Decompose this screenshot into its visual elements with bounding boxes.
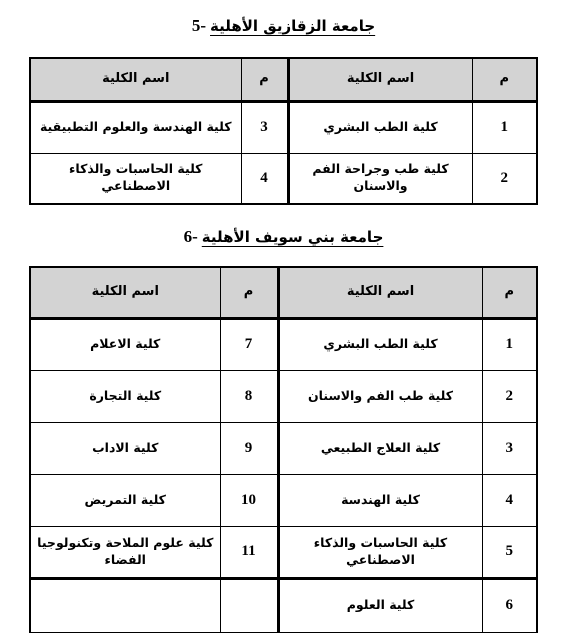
header-faculty-name-left: اسم الكلية (30, 267, 220, 318)
document-page: 5-جامعة الزقازيق الأهلية اسم الكلية م اس… (0, 0, 567, 633)
row-number-cell: 11 (220, 526, 278, 578)
faculty-name-cell: كلية الحاسبات والذكاء الاصطناعي (30, 153, 241, 204)
title-text: جامعة الزقازيق الأهلية (210, 17, 375, 35)
faculty-name-cell: كلية طب وجراحة الفم والاسنان (288, 153, 472, 204)
header-number-left: م (241, 58, 288, 101)
title-number: 6- (184, 227, 198, 246)
beni-suef-faculties-table: اسم الكلية م اسم الكلية م كلية الاعلام 7… (29, 266, 538, 633)
row-number-cell: 1 (482, 318, 537, 370)
row-number-cell: 4 (482, 474, 537, 526)
section-title-zagazig: 5-جامعة الزقازيق الأهلية (0, 14, 567, 38)
title-text: جامعة بني سويف الأهلية (202, 228, 384, 246)
table-row: كلية الحاسبات والذكاء الاصطناعي 4 كلية ط… (30, 153, 537, 204)
faculty-name-cell: كلية العلاج الطبيعي (278, 422, 482, 474)
table-row: كلية الاداب 9 كلية العلاج الطبيعي 3 (30, 422, 537, 474)
header-number-left: م (220, 267, 278, 318)
title-number: 5- (192, 16, 206, 35)
faculty-name-cell: كلية الطب البشري (278, 318, 482, 370)
faculty-name-cell: كلية الاداب (30, 422, 220, 474)
faculty-name-cell: كلية التجارة (30, 370, 220, 422)
faculty-name-cell: كلية التمريض (30, 474, 220, 526)
row-number-cell: 10 (220, 474, 278, 526)
table-row: كلية علوم الملاحة وتكنولوجيا الفضاء 11 ك… (30, 526, 537, 578)
header-number-right: م (482, 267, 537, 318)
header-faculty-name-right: اسم الكلية (288, 58, 472, 101)
header-number-right: م (472, 58, 537, 101)
header-faculty-name-left: اسم الكلية (30, 58, 241, 101)
faculty-name-cell: كلية الحاسبات والذكاء الاصطناعي (278, 526, 482, 578)
row-number-cell: 3 (241, 101, 288, 153)
faculty-name-cell: كلية الهندسة والعلوم التطبيقية (30, 101, 241, 153)
faculty-name-cell: كلية الهندسة (278, 474, 482, 526)
row-number-cell: 9 (220, 422, 278, 474)
table-row: كلية الهندسة والعلوم التطبيقية 3 كلية ال… (30, 101, 537, 153)
row-number-cell: 7 (220, 318, 278, 370)
table-header-row: اسم الكلية م اسم الكلية م (30, 267, 537, 318)
row-number-cell: 1 (472, 101, 537, 153)
table-row: كلية التجارة 8 كلية طب الفم والاسنان 2 (30, 370, 537, 422)
faculty-name-cell: كلية العلوم (278, 578, 482, 633)
row-number-cell-empty (220, 578, 278, 633)
header-faculty-name-right: اسم الكلية (278, 267, 482, 318)
row-number-cell: 2 (482, 370, 537, 422)
row-number-cell: 3 (482, 422, 537, 474)
faculty-name-cell-empty (30, 578, 220, 633)
faculty-name-cell: كلية الاعلام (30, 318, 220, 370)
faculty-name-cell: كلية الطب البشري (288, 101, 472, 153)
section-title-beni-suef: 6-جامعة بني سويف الأهلية (0, 225, 567, 249)
row-number-cell: 2 (472, 153, 537, 204)
table-row: كلية الاعلام 7 كلية الطب البشري 1 (30, 318, 537, 370)
zagazig-faculties-table: اسم الكلية م اسم الكلية م كلية الهندسة و… (29, 57, 538, 205)
table-row: كلية التمريض 10 كلية الهندسة 4 (30, 474, 537, 526)
row-number-cell: 4 (241, 153, 288, 204)
table-header-row: اسم الكلية م اسم الكلية م (30, 58, 537, 101)
faculty-name-cell: كلية علوم الملاحة وتكنولوجيا الفضاء (30, 526, 220, 578)
table-row: كلية العلوم 6 (30, 578, 537, 633)
row-number-cell: 8 (220, 370, 278, 422)
faculty-name-cell: كلية طب الفم والاسنان (278, 370, 482, 422)
row-number-cell: 5 (482, 526, 537, 578)
row-number-cell: 6 (482, 578, 537, 633)
